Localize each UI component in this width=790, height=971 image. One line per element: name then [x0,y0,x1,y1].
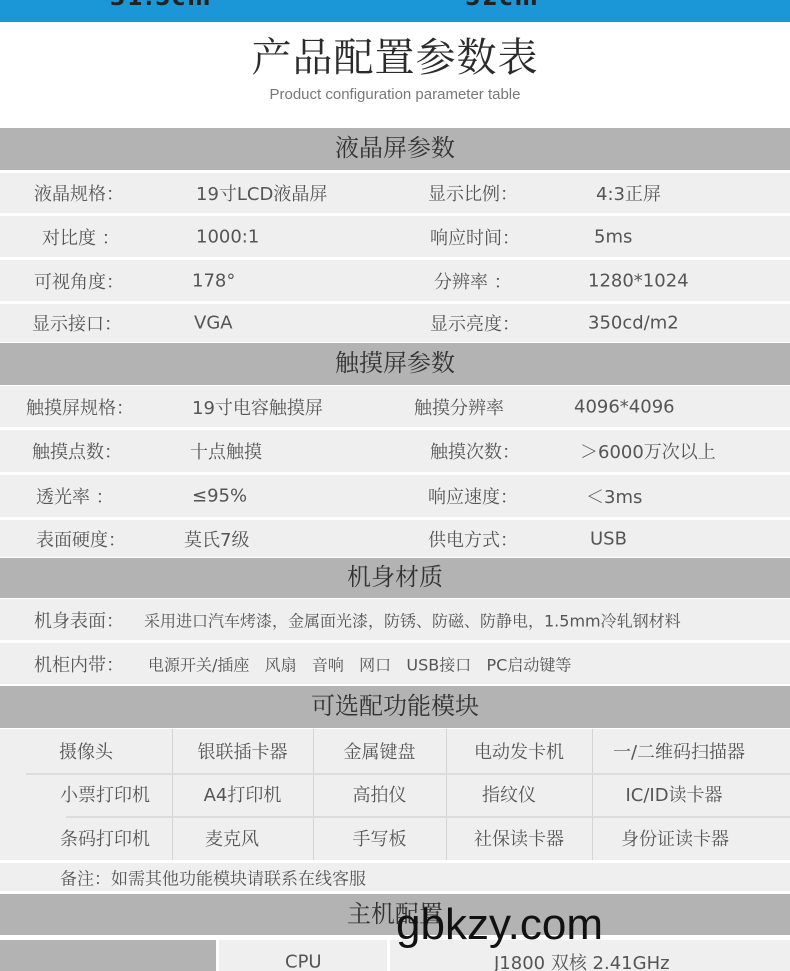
table-row: 表面硬度： 莫氏7级 供电方式： USB [0,520,790,557]
watermark: gbkzy.com [396,900,603,950]
param-label: 触摸分辨率 [414,394,504,420]
param-value: ＞6000万次以上 [580,438,716,464]
top-dimension-bar: 31.5cm 52cm [0,0,790,22]
param-label: 可视角度： [34,268,124,294]
table-row: 机柜内带： 电源开关/插座 风扇 音响 网口 USB接口 PC启动键等 [0,643,790,684]
param-value: 电源开关/插座 风扇 音响 网口 USB接口 PC启动键等 [148,652,571,675]
table-row: 触摸屏规格： 19寸电容触摸屏 触摸分辨率 4096*4096 [0,386,790,427]
page-subtitle: Product configuration parameter table [0,86,790,103]
section-header-lcd: 液晶屏参数 [0,128,790,170]
param-value: USB [590,528,627,549]
param-label: 显示接口： [32,310,122,336]
param-label: 响应时间： [430,224,520,250]
table-row: CPU [219,940,387,971]
param-value: ≤95% [192,486,247,507]
module-item: 电动发卡机 [446,729,592,772]
param-value: 莫氏7级 [184,526,249,552]
module-item: 手写板 [313,816,446,859]
param-value: VGA [194,313,233,334]
modules-grid: 摄像头 银联插卡器 金属键盘 电动发卡机 一/二维码扫描器 小票打印机 A4打印… [0,729,790,860]
param-label: CPU [285,951,322,971]
module-item: 条码打印机 [20,816,192,859]
module-item: 身份证读卡器 [592,816,758,859]
table-row: 对比度 ： 1000:1 响应时间： 5ms [0,216,790,257]
param-value: 19寸电容触摸屏 [192,394,323,420]
param-value: 1280*1024 [588,270,689,291]
module-item: IC/ID读卡器 [592,772,756,815]
param-label: 触摸屏规格： [26,394,134,420]
section-header-host: 主机配置 [0,894,790,935]
param-label: 透光率 ： [36,483,114,509]
param-label: 供电方式： [428,526,518,552]
param-value: 1000:1 [196,226,259,247]
table-row: 液晶规格： 19寸LCD液晶屏 显示比例： 4:3正屏 [0,173,790,213]
module-item: 银联插卡器 [172,729,313,772]
param-label: 触摸次数： [430,438,520,464]
param-label: 分辨率 ： [434,268,512,294]
section-header-touch: 触摸屏参数 [0,343,790,385]
section-header-modules: 可选配功能模块 [0,686,790,728]
param-value: 十点触摸 [190,438,262,464]
page-title: 产品配置参数表 [0,26,790,83]
section-header-body: 机身材质 [0,558,790,598]
param-label: 对比度 ： [42,224,120,250]
modules-note: 备注：如需其他功能模块请联系在线客服 [60,865,366,890]
module-item: 小票打印机 [20,772,192,815]
param-value: 4096*4096 [574,396,675,417]
param-label: 触摸点数： [32,438,122,464]
param-value: 350cd/m2 [588,313,679,334]
param-label: 显示比例： [428,180,518,206]
param-value: 4:3正屏 [596,180,661,206]
param-value: 178° [192,270,235,291]
param-value: 19寸LCD液晶屏 [196,180,327,206]
param-label: 显示亮度： [430,310,520,336]
table-row: 透光率 ： ≤95% 响应速度： ＜3ms [0,475,790,517]
module-item: 麦克风 [172,816,292,859]
table-row: 显示接口： VGA 显示亮度： 350cd/m2 [0,304,790,342]
module-item: 指纹仪 [446,772,572,815]
param-value: J1800 双核 2.41GHz [494,949,670,971]
table-row: 机身表面： 采用进口汽车烤漆，金属面光漆，防锈、防磁、防静电，1.5mm冷轧钢材… [0,599,790,640]
table-row: 触摸点数： 十点触摸 触摸次数： ＞6000万次以上 [0,430,790,472]
module-item: 高拍仪 [313,772,446,815]
dimension-left: 31.5cm [110,0,212,11]
table-row: 可视角度： 178° 分辨率 ： 1280*1024 [0,260,790,301]
dimension-right: 52cm [465,0,540,11]
module-item: 一/二维码扫描器 [592,729,766,772]
module-item: 金属键盘 [313,729,446,772]
param-value: 采用进口汽车烤漆，金属面光漆，防锈、防磁、防静电，1.5mm冷轧钢材料 [144,608,681,631]
param-value: 5ms [594,226,632,247]
module-item: A4打印机 [172,772,313,815]
param-label: 液晶规格： [34,180,124,206]
param-label: 机身表面： [34,607,124,633]
modules-note-row: 备注：如需其他功能模块请联系在线客服 [0,863,790,891]
param-label: 表面硬度： [36,526,126,552]
host-label-block [0,940,216,971]
param-label: 响应速度： [428,483,518,509]
param-label: 机柜内带： [34,651,124,677]
module-item: 社保读卡器 [446,816,592,859]
module-item: 摄像头 [0,729,172,772]
param-value: ＜3ms [586,483,642,509]
